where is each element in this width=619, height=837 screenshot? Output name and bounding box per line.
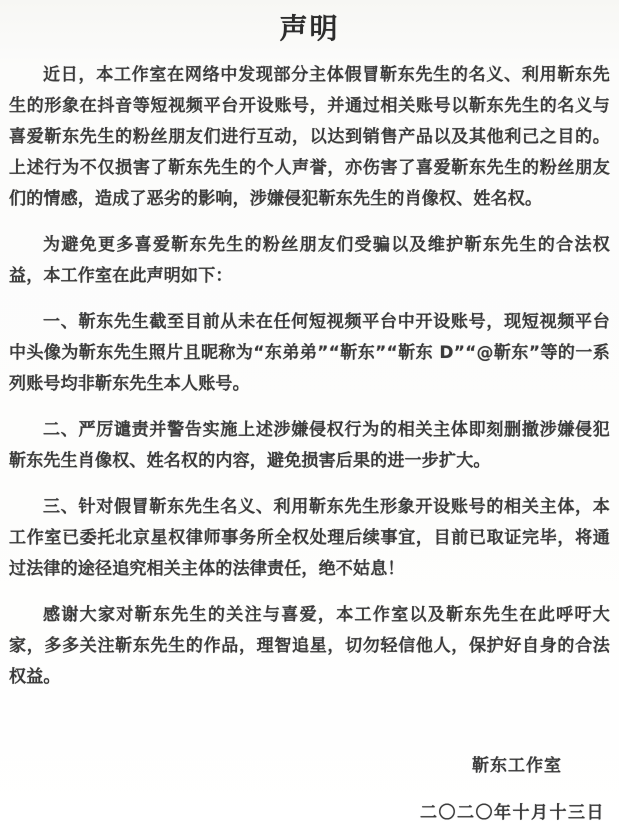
statement-item-3: 三、针对假冒靳东先生名义、利用靳东先生形象开设账号的相关主体，本工作室已委托北京… (9, 492, 610, 585)
signature-studio-name: 靳东工作室 (0, 751, 619, 776)
statement-item-2: 二、严厉谴责并警告实施上述涉嫌侵权行为的相关主体即刻删撤涉嫌侵犯靳东先生肖像权、… (9, 415, 610, 477)
signature-block: 靳东工作室 二〇二〇年十月十三日 (0, 751, 619, 837)
statement-paragraph-intro: 近日，本工作室在网络中发现部分主体假冒靳东先生的名义、利用靳东先生的形象在抖音等… (9, 60, 610, 215)
signature-date: 二〇二〇年十月十三日 (0, 798, 619, 823)
statement-paragraph-closing: 感谢大家对靳东先生的关注与喜爱，本工作室以及靳东先生在此呼吁大家，多多关注靳东先… (9, 600, 610, 693)
document-title: 声明 (9, 12, 610, 46)
statement-paragraph-preamble: 为避免更多喜爱靳东先生的粉丝朋友们受骗以及维护靳东先生的合法权益，本工作室在此声… (9, 230, 610, 292)
document-body: 近日，本工作室在网络中发现部分主体假冒靳东先生的名义、利用靳东先生的形象在抖音等… (9, 60, 610, 693)
statement-document: 声明 近日，本工作室在网络中发现部分主体假冒靳东先生的名义、利用靳东先生的形象在… (0, 0, 619, 837)
statement-item-1: 一、靳东先生截至目前从未在任何短视频平台中开设账号，现短视频平台中头像为靳东先生… (9, 307, 610, 400)
